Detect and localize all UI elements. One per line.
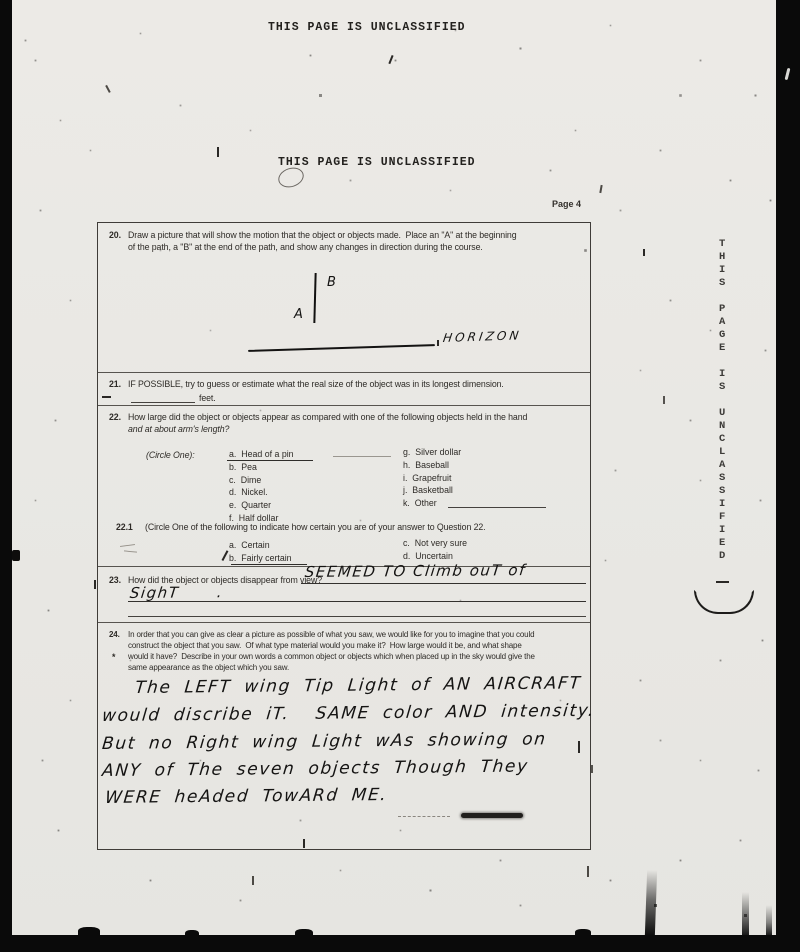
scan-streak [742, 892, 749, 938]
section-divider [98, 372, 590, 373]
q22-1-option-d: d. Uncertain [403, 551, 453, 561]
q22-1-answer-underline [231, 564, 307, 565]
scan-edge-bottom [0, 935, 800, 952]
q23-number: 23. [109, 575, 121, 587]
section-divider [98, 405, 590, 406]
q22-answer-underline [227, 460, 313, 461]
q22-circle-one-label: (Circle One): [146, 450, 195, 462]
q24-answer-line4: ANY of The seven objects Though They [101, 757, 530, 781]
q24-text-line1: In order that you can give as clear a pi… [128, 630, 534, 640]
q22-1-option-a: a. Certain [229, 540, 270, 550]
q24-text-line3: would it have? Describe in your own word… [128, 652, 535, 662]
side-dash-mark [716, 581, 729, 583]
q23-answer-line2: SighT . [129, 583, 224, 602]
q22-other-blank-line [448, 507, 546, 508]
q24-text-line2: construct the object that you saw. Of wh… [128, 641, 522, 651]
sketch-path-line [313, 273, 316, 323]
q22-1-option-c: c. Not very sure [403, 538, 467, 548]
sketch-horizon-line [248, 344, 435, 352]
q22-option-b: b. Pea [229, 462, 257, 472]
section-divider [98, 622, 590, 623]
scan-edge-bump [295, 929, 313, 938]
scan-streak [645, 870, 657, 936]
q22-option-j: j. Basketball [403, 485, 453, 495]
unclassified-header-top: THIS PAGE IS UNCLASSIFIED [268, 21, 466, 34]
stray-mark [252, 876, 254, 885]
q22-faint-mark-line [333, 456, 391, 457]
unclassified-header-mid: THIS PAGE IS UNCLASSIFIED [278, 156, 476, 169]
faint-dash-mark [398, 816, 450, 818]
q22-option-c: c. Dime [229, 475, 261, 485]
q20-number: 20. [109, 230, 121, 242]
q20-text-line2: of the path, a "B" at the end of the pat… [128, 242, 483, 254]
sketch-horizon-tick [437, 340, 439, 346]
margin-ink-blob [12, 550, 20, 561]
stray-ink-bar [578, 741, 580, 753]
stray-ink-bar [591, 765, 593, 773]
q21-number: 21. [109, 379, 121, 391]
stray-mark [388, 55, 393, 64]
scanned-document-page: THIS PAGE IS UNCLASSIFIED THIS PAGE IS U… [0, 0, 800, 952]
q22-option-g: g. Silver dollar [403, 447, 461, 457]
q22-text-line1: How large did the object or objects appe… [128, 412, 527, 424]
q23-answer-line1: SEEMED TO Climb ouT of [304, 561, 527, 581]
stray-mark [94, 580, 96, 589]
stray-mark [599, 185, 602, 193]
scan-streak [766, 905, 772, 937]
q22-option-i: i. Grapefruit [403, 473, 451, 483]
q22-text-line2: and at about arm's length? [128, 424, 229, 436]
sketch-label-a: A [294, 307, 303, 322]
q24-answer-line1: The LEFT wing Tip Light of AN AIRCRAFT [134, 673, 582, 698]
margin-dash-mark [102, 396, 111, 398]
scan-edge-bump [78, 927, 100, 937]
q22-option-k: k. Other [403, 498, 437, 508]
scan-edge-bump [185, 930, 199, 938]
q24-number: 24. [109, 630, 120, 640]
q22-option-h: h. Baseball [403, 460, 449, 470]
q22-option-d: d. Nickel. [229, 487, 268, 497]
q21-text: IF POSSIBLE, try to guess or estimate wh… [128, 379, 504, 391]
stray-mark [105, 85, 110, 93]
page-number: Page 4 [552, 199, 581, 209]
pencil-scribble [120, 544, 135, 547]
q21-feet-label: feet. [199, 393, 216, 405]
q22-number: 22. [109, 412, 121, 424]
q23-answer-rule1 [301, 583, 586, 584]
side-bracket-mark [694, 590, 754, 614]
sketch-label-b: B [327, 275, 336, 290]
ink-smudge [461, 813, 523, 818]
q24-answer-line5: WERE heAded TowARd ME. [104, 785, 388, 808]
q23-answer-rule3 [128, 616, 586, 617]
q22-option-a: a. Head of a pin [229, 449, 294, 459]
q24-answer-line3: But no Right wing Light wAs showing on [101, 729, 547, 754]
q22-option-e: e. Quarter [229, 500, 271, 510]
q22-1-circle-mark [222, 550, 228, 560]
q24-answer-line2: would discribe iT. SAME color AND intens… [101, 701, 596, 726]
q21-blank-line [131, 402, 195, 403]
q20-text-line1: Draw a picture that will show the motion… [128, 230, 517, 242]
q23-answer-rule2 [128, 601, 586, 602]
scan-edge-left [0, 0, 12, 952]
side-unclassified-stamp: T H I S P A G E I S U N C L A S S I F I … [719, 238, 725, 563]
sketch-horizon-label: HORIZON [442, 328, 522, 345]
q24-text-line4: same appearance as the object which you … [128, 663, 289, 673]
q22-1-text: (Circle One of the following to indicate… [145, 522, 486, 534]
stray-mark [643, 249, 645, 256]
q24-bullet-mark: * [112, 652, 115, 664]
scan-edge-right [776, 0, 800, 952]
q22-1-number: 22.1 [116, 522, 133, 534]
stray-mark [217, 147, 219, 157]
scan-edge-bump [575, 929, 591, 937]
pencil-scribble [124, 550, 137, 552]
stray-mark [587, 866, 589, 877]
stray-ink-bar [303, 839, 305, 848]
q22-1-option-b: b. Fairly certain [229, 553, 292, 563]
stray-mark [663, 396, 665, 404]
questionnaire-form: 20. Draw a picture that will show the mo… [97, 222, 591, 850]
